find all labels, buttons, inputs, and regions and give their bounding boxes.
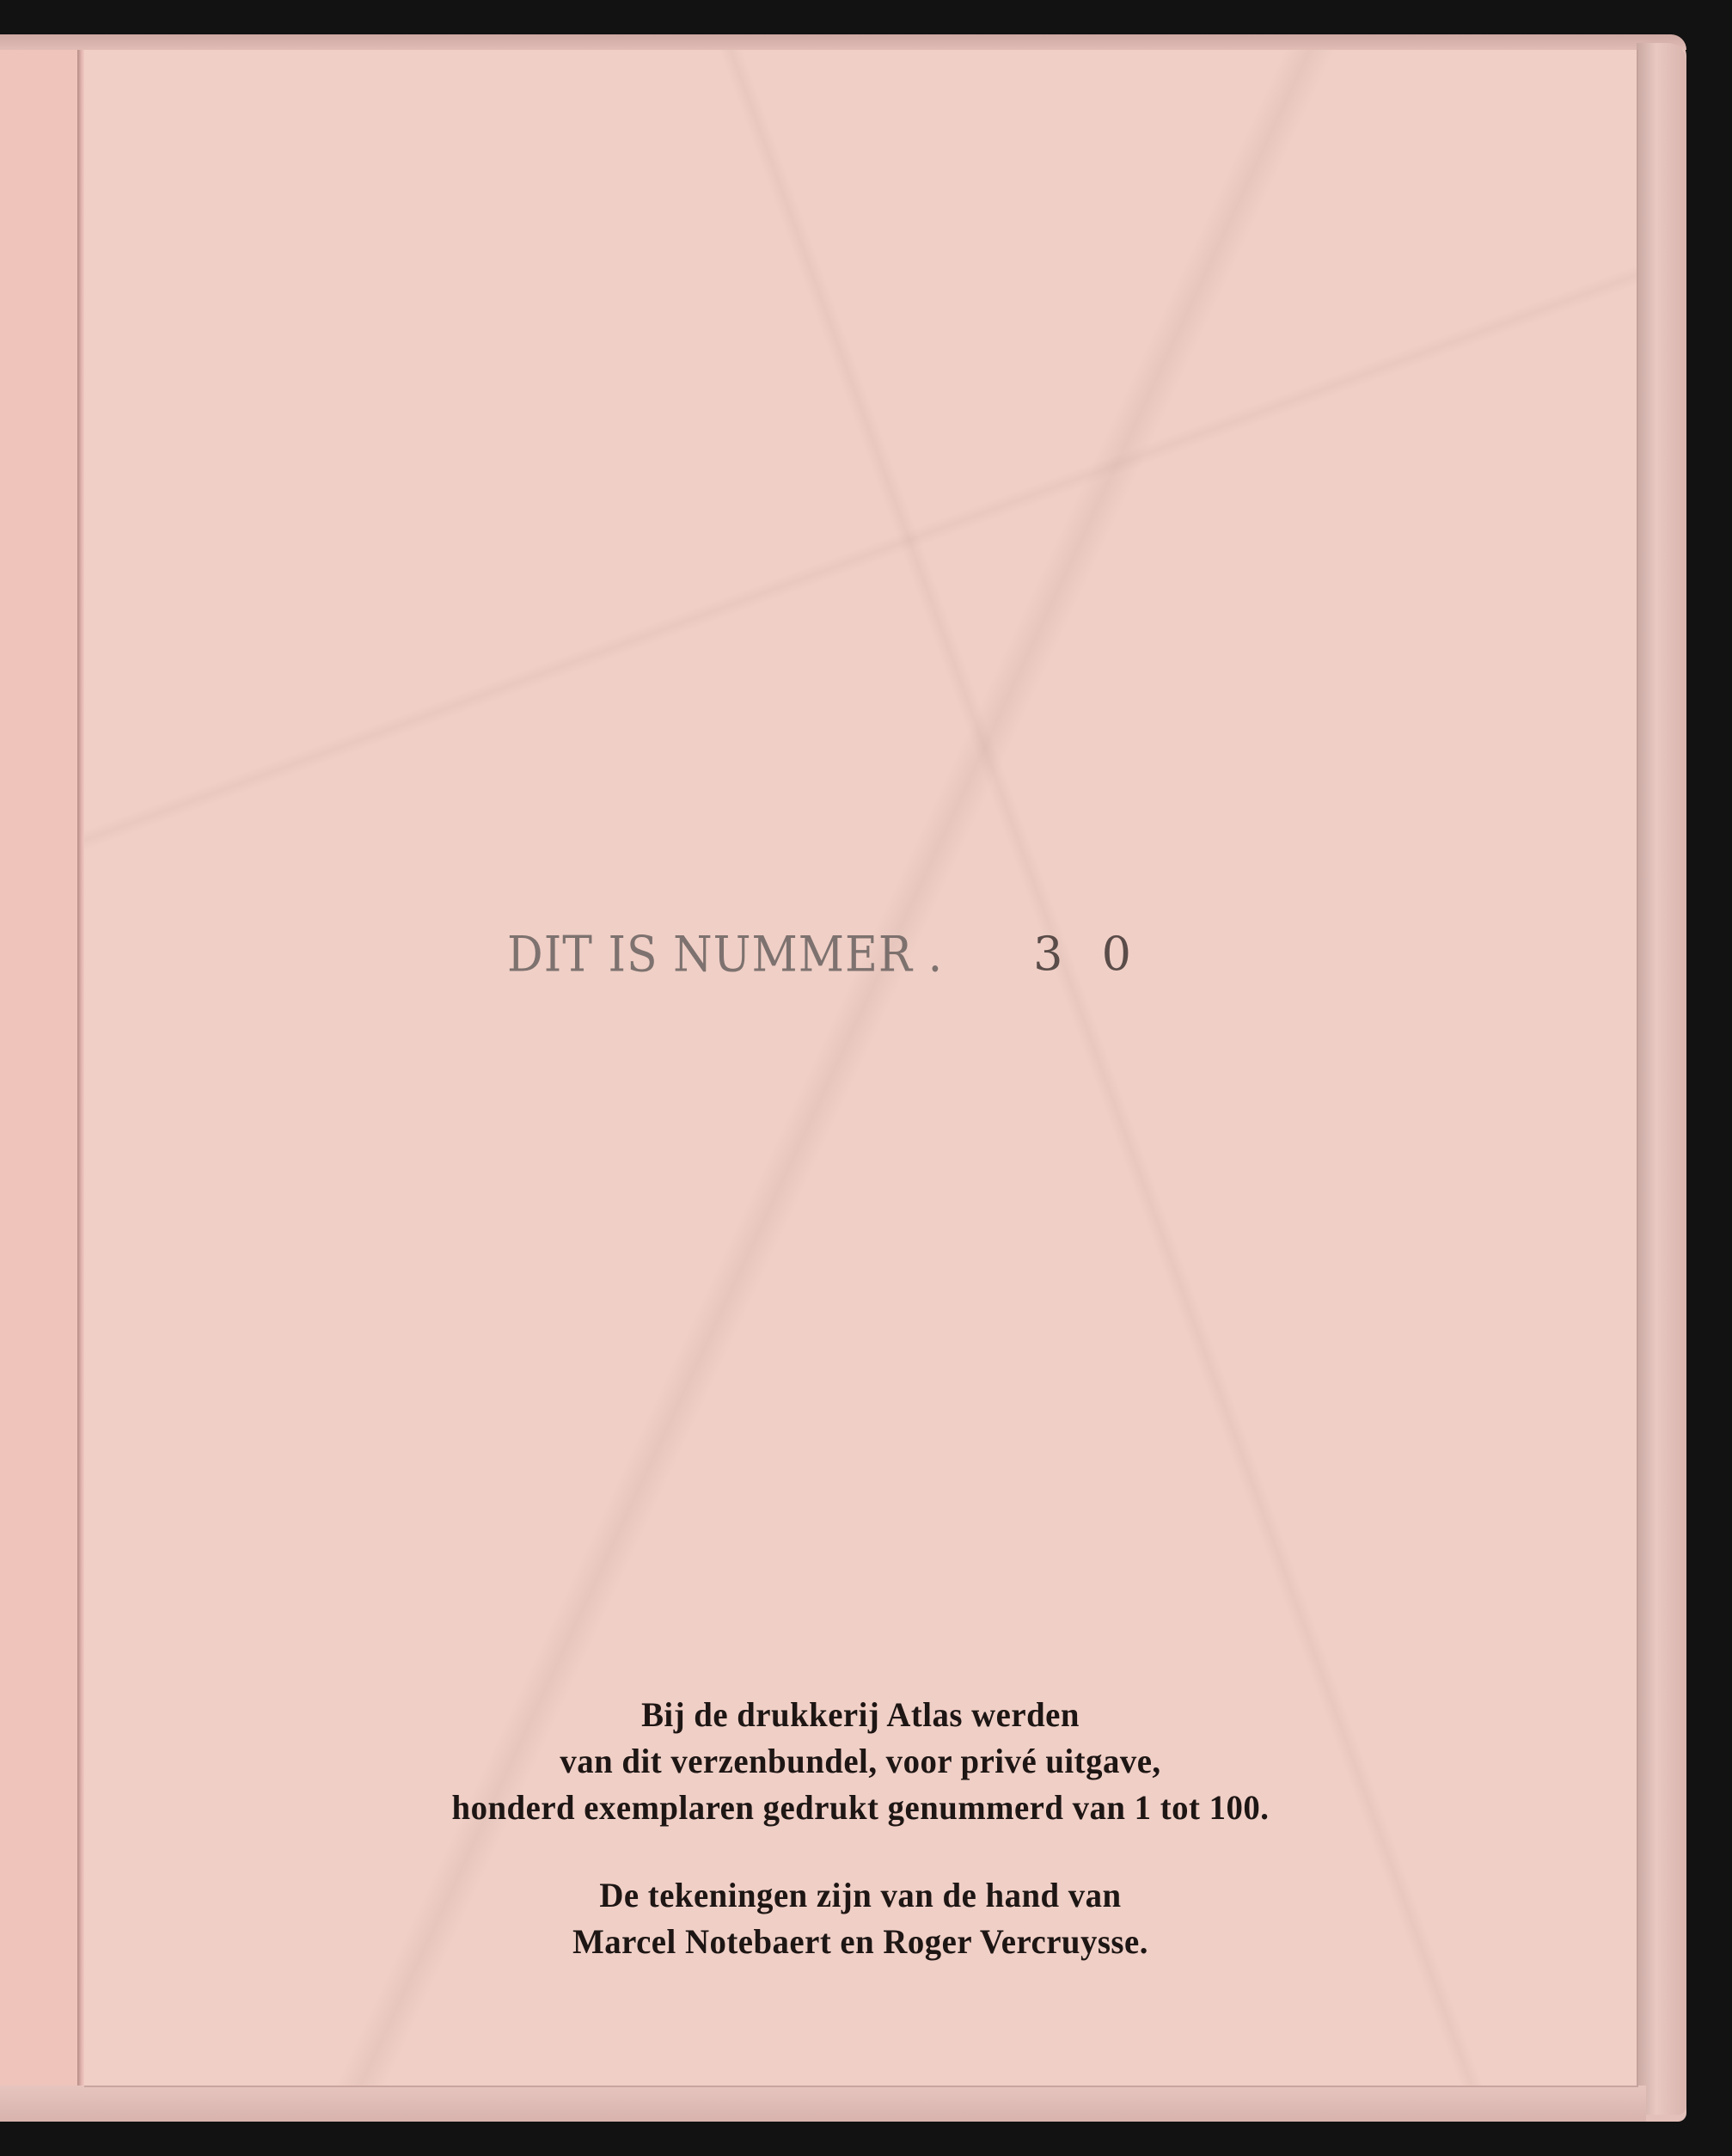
edition-number-stamp: DIT IS NUMMER . 3 0 bbox=[507, 927, 1143, 995]
colophon-line: Marcel Notebaert en Roger Vercruysse. bbox=[107, 1919, 1613, 1965]
cover-edge-top bbox=[0, 34, 1686, 50]
stamp-number: 3 0 bbox=[1033, 927, 1143, 981]
colophon-drawings-note: De tekeningen zijn van de hand van Marce… bbox=[84, 1872, 1637, 1965]
colophon-print-note: Bij de drukkerij Atlas werden van dit ve… bbox=[84, 1692, 1637, 1831]
book-gutter bbox=[77, 50, 84, 2086]
colophon-line: honderd exemplaren gedrukt genummerd van… bbox=[107, 1785, 1613, 1831]
left-page bbox=[0, 50, 78, 2086]
cover-edge-right bbox=[1637, 43, 1686, 2115]
colophon-line: De tekeningen zijn van de hand van bbox=[107, 1872, 1613, 1919]
cover-edge-bottom bbox=[0, 2086, 1646, 2122]
colophon-line: van dit verzenbundel, voor privé uitgave… bbox=[107, 1738, 1613, 1785]
right-page: DIT IS NUMMER . 3 0 Bij de drukkerij Atl… bbox=[84, 50, 1638, 2087]
book: DIT IS NUMMER . 3 0 Bij de drukkerij Atl… bbox=[0, 34, 1686, 2122]
colophon-line: Bij de drukkerij Atlas werden bbox=[107, 1692, 1613, 1738]
stamp-label: DIT IS NUMMER . bbox=[507, 927, 943, 983]
